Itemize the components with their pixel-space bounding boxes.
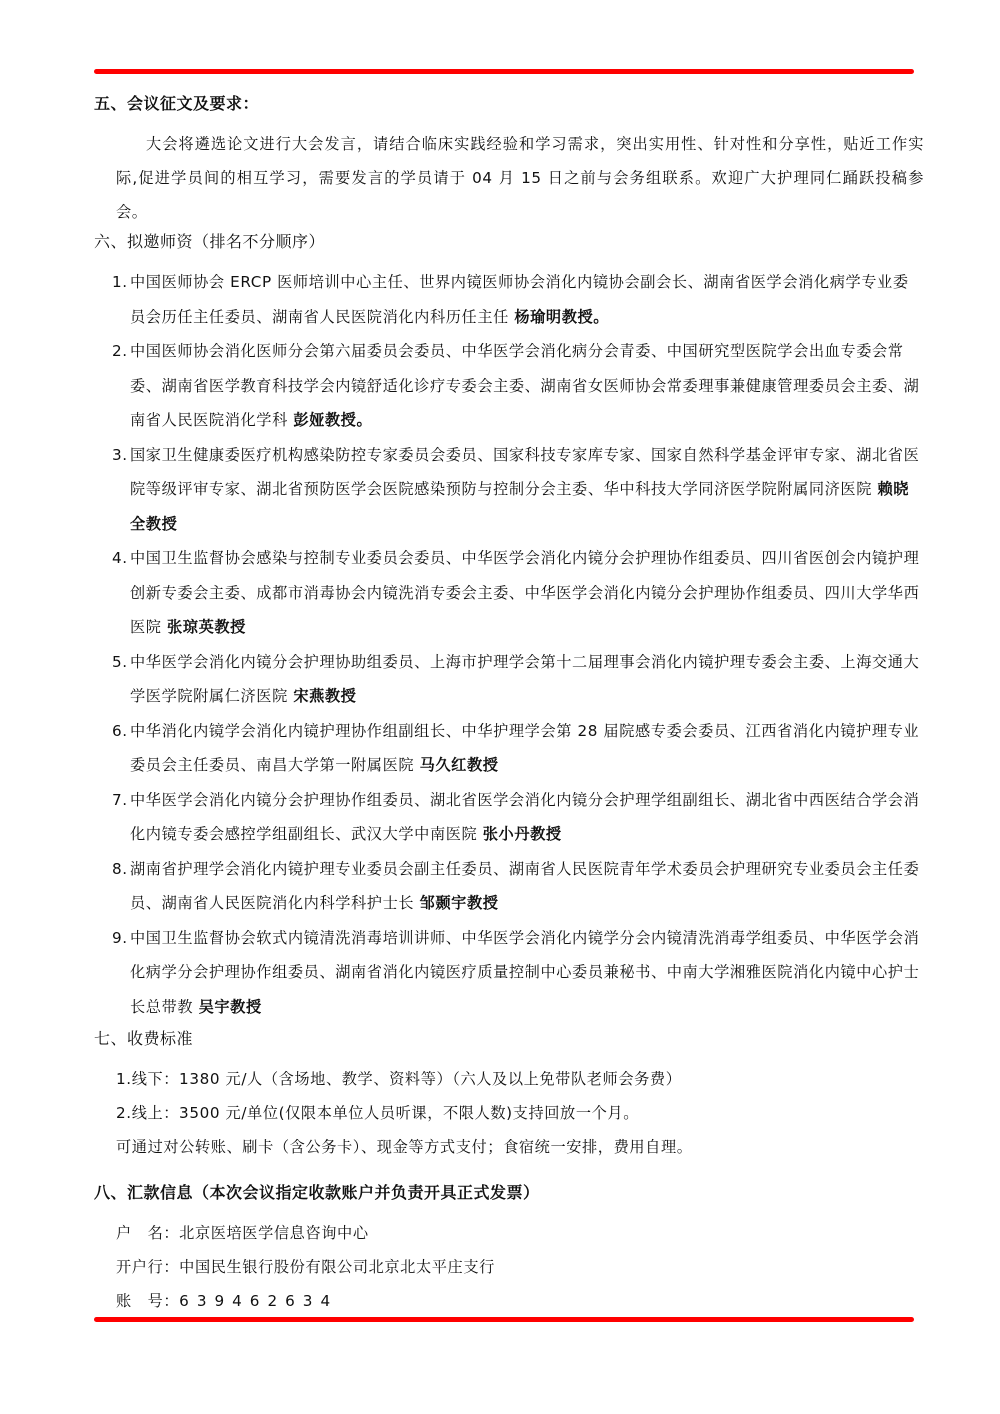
bank-label: 开户行： [116,1258,179,1276]
expert-item: 7.中华医学会消化内镜分会护理协作组委员、湖北省医学会消化内镜分会护理学组副组长… [94,783,924,852]
expert-desc: 湖南省护理学会消化内镜护理专业委员会副主任委员、湖南省人民医院青年学术委员会护理… [130,860,919,913]
expert-desc: 中国医师协会消化医师分会第六届委员会委员、中华医学会消化病分会青委、中国研究型医… [130,342,919,429]
fee-online: 2.线上：3500 元/单位(仅限本单位人员听课，不限人数)支持回放一个月。 [94,1096,924,1130]
account-name-row: 户 名：北京医培医学信息咨询中心 [94,1216,924,1250]
section5-paragraph: 大会将遴选论文进行大会发言，请结合临床实践经验和学习需求，突出实用性、针对性和分… [94,127,924,229]
payment-methods: 可通过对公转账、刷卡（含公务卡）、现金等方式支付；食宿统一安排，费用自理。 [94,1130,924,1164]
spacer [94,1164,924,1182]
item-number: 6. [112,714,130,749]
expert-name: 张小丹教授 [483,825,562,843]
expert-desc: 中华消化内镜学会消化内镜护理协作组副组长、中华护理学会第 28 届院感专委会委员… [130,722,919,775]
bank-row: 开户行：中国民生银行股份有限公司北京北太平庄支行 [94,1250,924,1284]
item-number: 8. [112,852,130,887]
expert-desc: 中国卫生监督协会感染与控制专业委员会委员、中华医学会消化内镜分会护理协作组委员、… [130,549,919,636]
expert-desc: 中华医学会消化内镜分会护理协助组委员、上海市护理学会第十二届理事会消化内镜护理专… [130,653,919,706]
expert-item: 9.中国卫生监督协会软式内镜清洗消毒培训讲师、中华医学会消化内镜学分会内镜清洗消… [94,921,924,1025]
expert-item: 1.中国医师协会 ERCP 医师培训中心主任、世界内镜医师协会消化内镜协会副会长… [94,265,924,334]
account-number-row: 账 号：639462634 [94,1284,924,1318]
expert-list: 1.中国医师协会 ERCP 医师培训中心主任、世界内镜医师协会消化内镜协会副会长… [94,265,924,1024]
expert-item: 3.国家卫生健康委医疗机构感染防控专家委员会委员、国家科技专家库专家、国家自然科… [94,438,924,542]
expert-item: 2.中国医师协会消化医师分会第六届委员会委员、中华医学会消化病分会青委、中国研究… [94,334,924,438]
expert-item: 8.湖南省护理学会消化内镜护理专业委员会副主任委员、湖南省人民医院青年学术委员会… [94,852,924,921]
item-number: 4. [112,541,130,576]
top-red-rule [94,69,914,74]
expert-item: 4.中国卫生监督协会感染与控制专业委员会委员、中华医学会消化内镜分会护理协作组委… [94,541,924,645]
section6-title: 六、拟邀师资（排名不分顺序） [94,231,924,265]
section7-title: 七、收费标准 [94,1028,924,1062]
expert-desc: 国家卫生健康委医疗机构感染防控专家委员会委员、国家科技专家库专家、国家自然科学基… [130,446,919,499]
item-number: 1. [112,265,130,300]
expert-item: 6.中华消化内镜学会消化内镜护理协作组副组长、中华护理学会第 28 届院感专委会… [94,714,924,783]
account-name-value: 北京医培医学信息咨询中心 [179,1224,368,1242]
account-number-value: 639462634 [179,1292,338,1310]
bottom-red-rule [94,1317,914,1322]
account-number-label: 账 号： [116,1292,179,1310]
expert-name: 彭娅教授。 [293,411,372,429]
bank-value: 中国民生银行股份有限公司北京北太平庄支行 [179,1258,495,1276]
expert-item: 5.中华医学会消化内镜分会护理协助组委员、上海市护理学会第十二届理事会消化内镜护… [94,645,924,714]
section5-title: 五、会议征文及要求： [94,93,924,127]
expert-name: 宋燕教授 [293,687,356,705]
account-name-label: 户 名： [116,1224,179,1242]
fee-offline: 1.线下：1380 元/人（含场地、教学、资料等）（六人及以上免带队老师会务费） [94,1062,924,1096]
expert-name: 杨瑜明教授。 [514,308,609,326]
item-number: 3. [112,438,130,473]
item-number: 5. [112,645,130,680]
expert-name: 马久红教授 [420,756,499,774]
expert-name: 邹颞宇教授 [420,894,499,912]
expert-name: 张琼英教授 [167,618,246,636]
section8-title: 八、汇款信息（本次会议指定收款账户并负责开具正式发票） [94,1182,924,1216]
expert-name: 吴宇教授 [199,998,262,1016]
document-body: 五、会议征文及要求： 大会将遴选论文进行大会发言，请结合临床实践经验和学习需求，… [94,93,924,1318]
item-number: 7. [112,783,130,818]
item-number: 9. [112,921,130,956]
item-number: 2. [112,334,130,369]
